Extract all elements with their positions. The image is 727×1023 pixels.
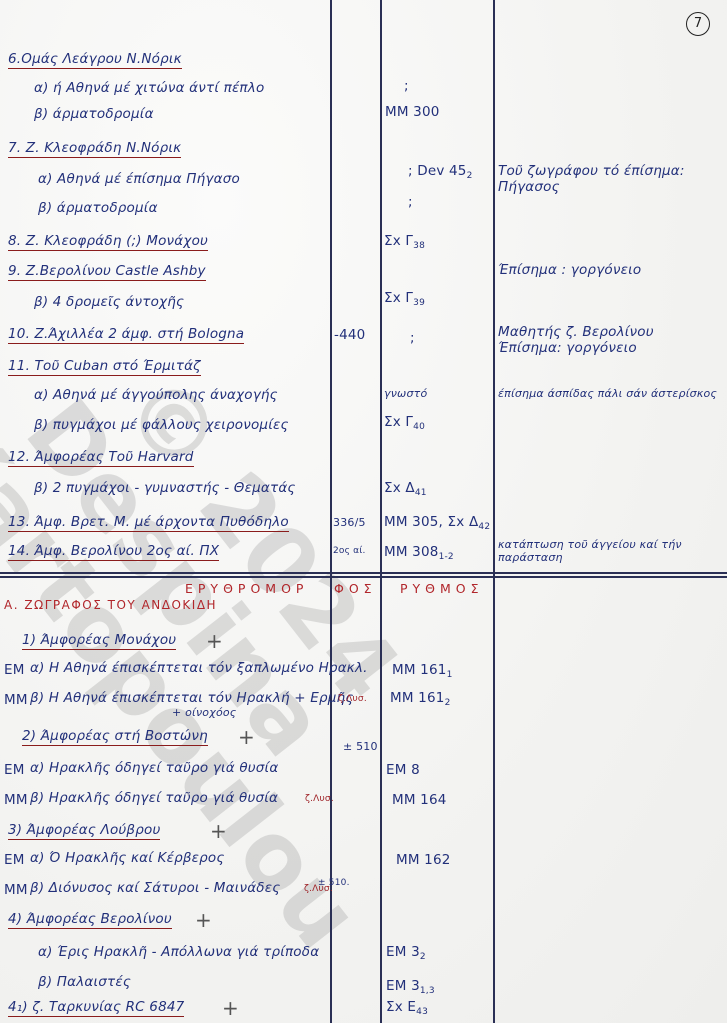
entry-title: 12. Άμφορέας Τοῦ Harvard	[8, 449, 194, 467]
entry-date: ± 510.	[318, 878, 350, 888]
entry-sub: α) Ό Ηρακλῆς καί Κέρβερος	[30, 850, 225, 866]
entry-prefix: ΜΜ	[4, 882, 28, 898]
entry-title: 2) Άμφορέας στή Βοστώνη	[22, 728, 208, 746]
entry-sub: α) Έρις Ηρακλῆ - Απόλλωνα γιά τρίποδα	[38, 944, 319, 960]
entry-ref: ΜΜ 164	[392, 792, 447, 808]
entry-title: 7. Ζ. Κλεοφράδη Ν.Νόρικ	[8, 140, 181, 158]
entry-date: ± 510	[343, 740, 378, 753]
entry-note: Έπίσημα : γοργόνειο	[498, 262, 641, 278]
column-divider-date	[330, 0, 332, 1023]
entry-ref: ΜΜ 162	[396, 852, 451, 868]
entry-date: -440	[334, 327, 365, 343]
entry-date: 336/5	[333, 516, 366, 529]
entry-sub: β) Διόνυσος καί Σάτυροι - Μαινάδες	[30, 880, 280, 896]
entry-title: 13. Άμφ. Βρετ. Μ. μέ άρχοντα Πυθόδηλο	[8, 514, 289, 532]
entry-sub: β) άρματοδρομία	[34, 106, 154, 122]
column-divider-ref	[380, 0, 382, 1023]
entry-ref: ;	[404, 78, 409, 94]
entry-sub: β) άρματοδρομία	[38, 200, 158, 216]
entry-title: 14. Άμφ. Βερολίνου 2ος αί. ΠΧ	[8, 543, 219, 561]
cross-mark-icon: +	[210, 822, 228, 840]
entry-note: κατάπτωση τοῦ άγγείου καί τήν παράσταση	[498, 538, 698, 564]
entry-ref: Σx Ε43	[386, 999, 428, 1017]
entry-ref: ΜΜ 300	[385, 104, 440, 120]
section-header-mid: ΦΟΣ	[334, 581, 377, 596]
entry-note: Μαθητής ζ. Βερολίνου Έπίσημα: γοργόνειο	[498, 324, 713, 356]
entry-ref: Σx Γ38	[384, 233, 425, 251]
cross-mark-icon: +	[238, 728, 256, 746]
entry-ref: γνωστό	[384, 387, 427, 400]
section-header-left: ΕΡΥΘΡΟΜΟΡ	[185, 581, 308, 596]
entry-ref: Σx Γ40	[384, 414, 425, 432]
painter-tag: ζ.Λυσ.	[338, 694, 367, 704]
entry-ref: ΜΜ 3081-2	[384, 544, 454, 562]
entry-ref: ;	[410, 330, 415, 346]
entry-sub: β) 4 δρομεῖς άντοχῆς	[34, 294, 184, 310]
entry-ref: Σx Γ39	[384, 290, 425, 308]
entry-sub: α) Η Αθηνά έπισκέπτεται τόν ξαπλωμένο Ηρ…	[30, 660, 368, 676]
entry-title: 4) Άμφορέας Βερολίνου	[8, 911, 172, 929]
entry-sub: β) Παλαιστές	[38, 974, 131, 990]
entry-ref: ΕΜ 32	[386, 944, 426, 962]
entry-note: Τοῦ ζωγράφου τό έπίσημα: Πήγασος	[498, 163, 698, 195]
entry-ref: Σx Δ41	[384, 480, 427, 498]
cross-mark-icon: +	[195, 911, 213, 929]
entry-sub: α) Αθηνά μέ έπίσημα Πήγασο	[38, 171, 240, 187]
painter-tag: ζ.Λυσ.	[305, 794, 334, 804]
cross-mark-icon: +	[206, 632, 224, 650]
entry-extra: + οίνοχόος	[172, 706, 236, 719]
entry-title: 1) Άμφορέας Μονάχου	[22, 632, 176, 650]
section-rule-bottom	[0, 576, 727, 578]
entry-prefix: ΜΜ	[4, 692, 28, 708]
entry-sub: α) Αθηνά μέ άγγούπολης άναχογής	[34, 387, 278, 403]
entry-sub: α) Ηρακλῆς όδηγεί ταῦρο γιά θυσία	[30, 760, 278, 776]
painter-heading: Α. ΖΩΓΡΑΦΟΣ ΤΟΥ ΑΝΔΟΚΙΔΗ	[4, 598, 217, 612]
entry-ref: ΜΜ 1611	[392, 662, 453, 680]
entry-sub: β) Η Αθηνά έπισκέπτεται τόν Ηρακλή + Ερμ…	[30, 690, 353, 706]
entry-sub: β) 2 πυγμάχοι - γυμναστής - Θεματάς	[34, 480, 296, 496]
entry-ref: ΕΜ 8	[386, 762, 420, 778]
column-divider-notes	[493, 0, 495, 1023]
entry-title: 9. Ζ.Βερολίνου Castle Ashby	[8, 263, 206, 281]
entry-title: 4₁) ζ. Ταρκυνίας RC 6847	[8, 999, 184, 1017]
entry-prefix: ΜΜ	[4, 792, 28, 808]
section-header-right: ΡΥΘΜΟΣ	[400, 581, 484, 596]
entry-ref: ;	[408, 194, 413, 210]
entry-ref: ΕΜ 31,3	[386, 978, 435, 996]
entry-prefix: ΕΜ	[4, 662, 25, 678]
entry-ref: ΜΜ 305, Σx Δ42	[384, 514, 490, 532]
section-rule-top	[0, 572, 727, 574]
page-number: 7	[686, 12, 710, 36]
cross-mark-icon: +	[222, 999, 240, 1017]
entry-ref: ; Dev 452	[408, 163, 473, 181]
entry-date: 2ος αί.	[333, 546, 366, 556]
entry-note: έπίσημα άσπίδας πάλι σάν άστερίσκος	[498, 387, 717, 400]
entry-sub: α) ή Αθηνά μέ χιτώνα άντί πέπλο	[34, 80, 264, 96]
entry-title: 3) Άμφορέας Λούβρου	[8, 822, 160, 840]
entry-sub: β) πυγμάχοι μέ φάλλους χειρονομίες	[34, 417, 289, 433]
entry-title: 6.Ομάς Λεάγρου Ν.Νόρικ	[8, 51, 182, 69]
entry-prefix: ΕΜ	[4, 762, 25, 778]
entry-ref: ΜΜ 1612	[390, 690, 451, 708]
entry-title: 8. Ζ. Κλεοφράδη (;) Μονάχου	[8, 233, 208, 251]
entry-title: 10. Ζ.Άχιλλέα 2 άμφ. στή Bologna	[8, 326, 244, 344]
entry-title: 11. Τοῦ Cuban στό Έρμιτάζ	[8, 358, 201, 376]
entry-sub: β) Ηρακλῆς όδηγεί ταῦρο γιά θυσία	[30, 790, 278, 806]
entry-prefix: ΕΜ	[4, 852, 25, 868]
